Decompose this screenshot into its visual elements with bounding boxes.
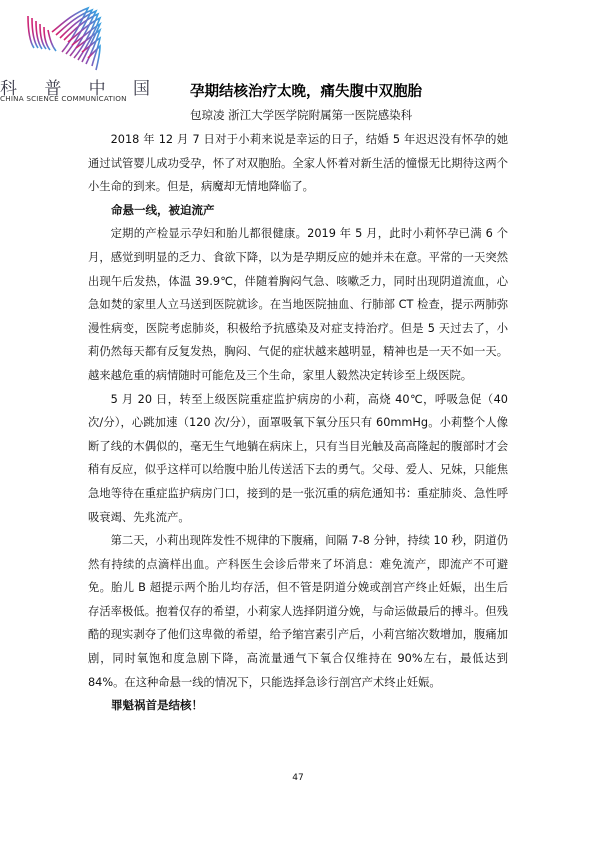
logo-english-text: CHINA SCIENCE COMMUNICATION <box>0 94 127 103</box>
logo-char: 国 <box>133 74 150 99</box>
paragraph: 5 月 20 日，转至上级医院重症监护病房的小莉，高烧 40℃，呼吸急促（40 … <box>88 388 508 530</box>
article-author: 包琼凌 浙江大学医学院附属第一医院感染科 <box>190 107 412 123</box>
paragraph: 第二天，小莉出现阵发性不规律的下腹痛，间隔 7-8 分钟，持续 10 秒，阴道仍… <box>88 529 508 694</box>
page-number: 47 <box>0 773 596 783</box>
china-science-communication-logo: 科 普 中 国 CHINA SCIENCE COMMUNICATION <box>0 0 160 105</box>
section-heading: 罪魁祸首是结核！ <box>88 694 508 718</box>
article-title: 孕期结核治疗太晚，痛失腹中双胞胎 <box>190 80 422 101</box>
paragraph: 定期的产检显示孕妇和胎儿都很健康。2019 年 5 月，此时小莉怀孕已满 6 个… <box>88 222 508 387</box>
section-heading: 命悬一线，被迫流产 <box>88 199 508 223</box>
article-body: 2018 年 12 月 7 日对于小莉来说是幸运的日子，结婚 5 年迟迟没有怀孕… <box>88 128 508 718</box>
paragraph: 2018 年 12 月 7 日对于小莉来说是幸运的日子，结婚 5 年迟迟没有怀孕… <box>88 128 508 199</box>
logo-wave-icon <box>22 2 122 74</box>
